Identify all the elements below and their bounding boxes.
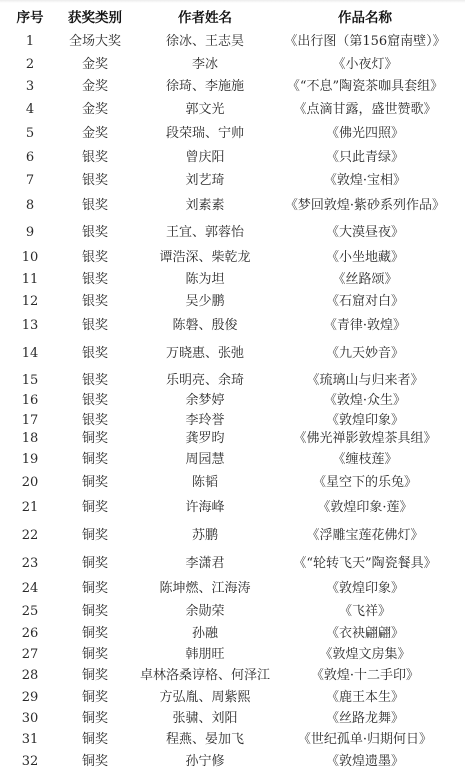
author-name-cell: 郭文光 bbox=[135, 100, 275, 120]
work-title-cell: 《敦煌·十二手印》 bbox=[275, 666, 455, 686]
author-name-cell: 周园慧 bbox=[135, 450, 275, 470]
award-category-cell: 金奖 bbox=[55, 55, 135, 75]
author-name-cell: 孙宁修 bbox=[135, 752, 275, 772]
table-row: 16银奖余梦婷《敦煌·众生》 bbox=[0, 391, 465, 411]
author-name-cell: 王宜、郭蓉怡 bbox=[135, 223, 275, 243]
work-title-cell: 《只此青绿》 bbox=[275, 148, 455, 168]
award-category-cell: 铜奖 bbox=[55, 554, 135, 574]
table-row: 31铜奖程燕、晏加飞《世纪孤单·归期何日》 bbox=[0, 730, 465, 750]
author-name-cell: 方弘胤、周紫熙 bbox=[135, 688, 275, 708]
table-row: 29铜奖方弘胤、周紫熙《鹿王本生》 bbox=[0, 688, 465, 708]
work-title-cell: 《敦煌文房集》 bbox=[275, 645, 455, 665]
table-row: 5金奖段荣瑞、宁帅《佛光四照》 bbox=[0, 124, 465, 144]
award-category-cell: 铜奖 bbox=[55, 602, 135, 622]
author-name-cell: 李潇君 bbox=[135, 554, 275, 574]
serial-number-cell: 7 bbox=[10, 171, 50, 191]
table-row: 17银奖李玲誉《敦煌印象》 bbox=[0, 411, 465, 431]
work-title-cell: 《衣袂翩翩》 bbox=[275, 624, 455, 644]
author-name-cell: 徐琦、李施施 bbox=[135, 77, 275, 97]
table-row: 18铜奖龚罗昀《佛光禅影敦煌茶具组》 bbox=[0, 429, 465, 449]
author-name-cell: 万晓惠、张弛 bbox=[135, 344, 275, 364]
header-author-name: 作者姓名 bbox=[135, 8, 275, 28]
serial-number-cell: 25 bbox=[10, 602, 50, 622]
author-name-cell: 李玲誉 bbox=[135, 411, 275, 431]
award-category-cell: 银奖 bbox=[55, 148, 135, 168]
work-title-cell: 《敦煌·众生》 bbox=[275, 391, 455, 411]
table-row: 19铜奖周园慧《缠枝莲》 bbox=[0, 450, 465, 470]
serial-number-cell: 3 bbox=[10, 77, 50, 97]
author-name-cell: 苏鹏 bbox=[135, 526, 275, 546]
award-category-cell: 金奖 bbox=[55, 77, 135, 97]
work-title-cell: 《敦煌遗墨》 bbox=[275, 752, 455, 772]
award-category-cell: 银奖 bbox=[55, 248, 135, 268]
work-title-cell: 《出行图（第156窟南壁）》 bbox=[275, 32, 455, 52]
table-row: 10银奖谭浩深、柴乾龙《小坐地藏》 bbox=[0, 248, 465, 268]
table-row: 6银奖曾庆阳《只此青绿》 bbox=[0, 148, 465, 168]
table-row: 23铜奖李潇君《“轮转飞天”陶瓷餐具》 bbox=[0, 554, 465, 574]
table-header-row: 序号 获奖类别 作者姓名 作品名称 bbox=[0, 8, 465, 28]
work-title-cell: 《点滴甘露，盛世赞歌》 bbox=[275, 100, 455, 120]
table-row: 22铜奖苏鹏《浮雕宝莲花佛灯》 bbox=[0, 526, 465, 546]
work-title-cell: 《佛光四照》 bbox=[275, 124, 455, 144]
header-award-category: 获奖类别 bbox=[55, 8, 135, 28]
award-category-cell: 铜奖 bbox=[55, 666, 135, 686]
work-title-cell: 《佛光禅影敦煌茶具组》 bbox=[275, 429, 455, 449]
author-name-cell: 许海峰 bbox=[135, 498, 275, 518]
serial-number-cell: 24 bbox=[10, 579, 50, 599]
serial-number-cell: 15 bbox=[10, 371, 50, 391]
serial-number-cell: 22 bbox=[10, 526, 50, 546]
award-category-cell: 铜奖 bbox=[55, 473, 135, 493]
award-category-cell: 铜奖 bbox=[55, 429, 135, 449]
serial-number-cell: 19 bbox=[10, 450, 50, 470]
work-title-cell: 《敦煌印象》 bbox=[275, 579, 455, 599]
author-name-cell: 余勋荣 bbox=[135, 602, 275, 622]
work-title-cell: 《“轮转飞天”陶瓷餐具》 bbox=[275, 554, 455, 574]
table-row: 3金奖徐琦、李施施《“不息”陶瓷茶咖具套组》 bbox=[0, 77, 465, 97]
award-category-cell: 铜奖 bbox=[55, 709, 135, 729]
work-title-cell: 《“不息”陶瓷茶咖具套组》 bbox=[275, 77, 455, 97]
top-divider bbox=[0, 0, 465, 3]
author-name-cell: 孙融 bbox=[135, 624, 275, 644]
table-row: 7银奖刘艺琦《敦煌·宝相》 bbox=[0, 171, 465, 191]
header-serial-number: 序号 bbox=[10, 8, 50, 28]
award-category-cell: 铜奖 bbox=[55, 450, 135, 470]
work-title-cell: 《星空下的乐兔》 bbox=[275, 473, 455, 493]
author-name-cell: 徐冰、王志昊 bbox=[135, 32, 275, 52]
award-category-cell: 银奖 bbox=[55, 223, 135, 243]
table-row: 13银奖陈磐、殷俊《青律·敦煌》 bbox=[0, 316, 465, 336]
serial-number-cell: 1 bbox=[10, 32, 50, 52]
serial-number-cell: 30 bbox=[10, 709, 50, 729]
award-category-cell: 银奖 bbox=[55, 171, 135, 191]
serial-number-cell: 10 bbox=[10, 248, 50, 268]
serial-number-cell: 13 bbox=[10, 316, 50, 336]
serial-number-cell: 5 bbox=[10, 124, 50, 144]
author-name-cell: 李冰 bbox=[135, 55, 275, 75]
serial-number-cell: 23 bbox=[10, 554, 50, 574]
table-row: 21铜奖许海峰《敦煌印象·莲》 bbox=[0, 498, 465, 518]
work-title-cell: 《丝路颂》 bbox=[275, 270, 455, 290]
award-category-cell: 铜奖 bbox=[55, 526, 135, 546]
author-name-cell: 刘素素 bbox=[135, 196, 275, 216]
author-name-cell: 乐明亮、余琦 bbox=[135, 371, 275, 391]
serial-number-cell: 27 bbox=[10, 645, 50, 665]
work-title-cell: 《敦煌印象》 bbox=[275, 411, 455, 431]
serial-number-cell: 31 bbox=[10, 730, 50, 750]
award-category-cell: 金奖 bbox=[55, 100, 135, 120]
author-name-cell: 陈坤燃、江海涛 bbox=[135, 579, 275, 599]
work-title-cell: 《梦回敦煌·紫砂系列作品》 bbox=[275, 196, 455, 216]
author-name-cell: 韩朋旺 bbox=[135, 645, 275, 665]
serial-number-cell: 14 bbox=[10, 344, 50, 364]
serial-number-cell: 12 bbox=[10, 292, 50, 312]
author-name-cell: 龚罗昀 bbox=[135, 429, 275, 449]
award-category-cell: 铜奖 bbox=[55, 730, 135, 750]
serial-number-cell: 32 bbox=[10, 752, 50, 772]
work-title-cell: 《小夜灯》 bbox=[275, 55, 455, 75]
serial-number-cell: 17 bbox=[10, 411, 50, 431]
work-title-cell: 《世纪孤单·归期何日》 bbox=[275, 730, 455, 750]
author-name-cell: 刘艺琦 bbox=[135, 171, 275, 191]
award-category-cell: 银奖 bbox=[55, 196, 135, 216]
table-row: 9银奖王宜、郭蓉怡《大漠昼夜》 bbox=[0, 223, 465, 243]
author-name-cell: 张骕、刘阳 bbox=[135, 709, 275, 729]
award-category-cell: 铜奖 bbox=[55, 752, 135, 772]
table-row: 26铜奖孙融《衣袂翩翩》 bbox=[0, 624, 465, 644]
table-row: 25铜奖余勋荣《飞祥》 bbox=[0, 602, 465, 622]
serial-number-cell: 20 bbox=[10, 473, 50, 493]
award-category-cell: 银奖 bbox=[55, 316, 135, 336]
work-title-cell: 《浮雕宝莲花佛灯》 bbox=[275, 526, 455, 546]
author-name-cell: 谭浩深、柴乾龙 bbox=[135, 248, 275, 268]
serial-number-cell: 18 bbox=[10, 429, 50, 449]
table-row: 15银奖乐明亮、余琦《琉璃山与归来者》 bbox=[0, 371, 465, 391]
work-title-cell: 《丝路龙舞》 bbox=[275, 709, 455, 729]
award-category-cell: 铜奖 bbox=[55, 498, 135, 518]
work-title-cell: 《敦煌印象·莲》 bbox=[275, 498, 455, 518]
award-category-cell: 银奖 bbox=[55, 292, 135, 312]
author-name-cell: 余梦婷 bbox=[135, 391, 275, 411]
table-row: 12银奖吴少鹏《石窟对白》 bbox=[0, 292, 465, 312]
work-title-cell: 《小坐地藏》 bbox=[275, 248, 455, 268]
work-title-cell: 《大漠昼夜》 bbox=[275, 223, 455, 243]
award-category-cell: 铜奖 bbox=[55, 624, 135, 644]
award-category-cell: 银奖 bbox=[55, 270, 135, 290]
award-category-cell: 铜奖 bbox=[55, 688, 135, 708]
work-title-cell: 《敦煌·宝相》 bbox=[275, 171, 455, 191]
serial-number-cell: 29 bbox=[10, 688, 50, 708]
award-category-cell: 全场大奖 bbox=[55, 32, 135, 52]
award-category-cell: 铜奖 bbox=[55, 645, 135, 665]
serial-number-cell: 4 bbox=[10, 100, 50, 120]
work-title-cell: 《九天妙音》 bbox=[275, 344, 455, 364]
work-title-cell: 《石窟对白》 bbox=[275, 292, 455, 312]
author-name-cell: 程燕、晏加飞 bbox=[135, 730, 275, 750]
award-category-cell: 铜奖 bbox=[55, 579, 135, 599]
award-category-cell: 银奖 bbox=[55, 391, 135, 411]
serial-number-cell: 26 bbox=[10, 624, 50, 644]
table-row: 1全场大奖徐冰、王志昊《出行图（第156窟南壁）》 bbox=[0, 32, 465, 52]
award-category-cell: 金奖 bbox=[55, 124, 135, 144]
serial-number-cell: 16 bbox=[10, 391, 50, 411]
author-name-cell: 曾庆阳 bbox=[135, 148, 275, 168]
author-name-cell: 卓林洛桑谆格、何泽江 bbox=[135, 666, 275, 686]
table-row: 8银奖刘素素《梦回敦煌·紫砂系列作品》 bbox=[0, 196, 465, 216]
author-name-cell: 陈韬 bbox=[135, 473, 275, 493]
work-title-cell: 《琉璃山与归来者》 bbox=[275, 371, 455, 391]
work-title-cell: 《青律·敦煌》 bbox=[275, 316, 455, 336]
work-title-cell: 《飞祥》 bbox=[275, 602, 455, 622]
author-name-cell: 吴少鹏 bbox=[135, 292, 275, 312]
table-row: 11银奖陈为坦《丝路颂》 bbox=[0, 270, 465, 290]
table-row: 32铜奖孙宁修《敦煌遗墨》 bbox=[0, 752, 465, 772]
award-category-cell: 银奖 bbox=[55, 371, 135, 391]
table-row: 14银奖万晓惠、张弛《九天妙音》 bbox=[0, 344, 465, 364]
serial-number-cell: 28 bbox=[10, 666, 50, 686]
table-row: 4金奖郭文光《点滴甘露，盛世赞歌》 bbox=[0, 100, 465, 120]
serial-number-cell: 6 bbox=[10, 148, 50, 168]
table-row: 28铜奖卓林洛桑谆格、何泽江《敦煌·十二手印》 bbox=[0, 666, 465, 686]
serial-number-cell: 21 bbox=[10, 498, 50, 518]
table-row: 20铜奖陈韬《星空下的乐兔》 bbox=[0, 473, 465, 493]
table-row: 27铜奖韩朋旺《敦煌文房集》 bbox=[0, 645, 465, 665]
header-work-title: 作品名称 bbox=[275, 8, 455, 28]
table-row: 2金奖李冰《小夜灯》 bbox=[0, 55, 465, 75]
award-category-cell: 银奖 bbox=[55, 344, 135, 364]
table-row: 24铜奖陈坤燃、江海涛《敦煌印象》 bbox=[0, 579, 465, 599]
author-name-cell: 陈磐、殷俊 bbox=[135, 316, 275, 336]
serial-number-cell: 8 bbox=[10, 196, 50, 216]
work-title-cell: 《缠枝莲》 bbox=[275, 450, 455, 470]
work-title-cell: 《鹿王本生》 bbox=[275, 688, 455, 708]
author-name-cell: 段荣瑞、宁帅 bbox=[135, 124, 275, 144]
table-row: 30铜奖张骕、刘阳《丝路龙舞》 bbox=[0, 709, 465, 729]
award-category-cell: 银奖 bbox=[55, 411, 135, 431]
author-name-cell: 陈为坦 bbox=[135, 270, 275, 290]
serial-number-cell: 2 bbox=[10, 55, 50, 75]
serial-number-cell: 11 bbox=[10, 270, 50, 290]
serial-number-cell: 9 bbox=[10, 223, 50, 243]
